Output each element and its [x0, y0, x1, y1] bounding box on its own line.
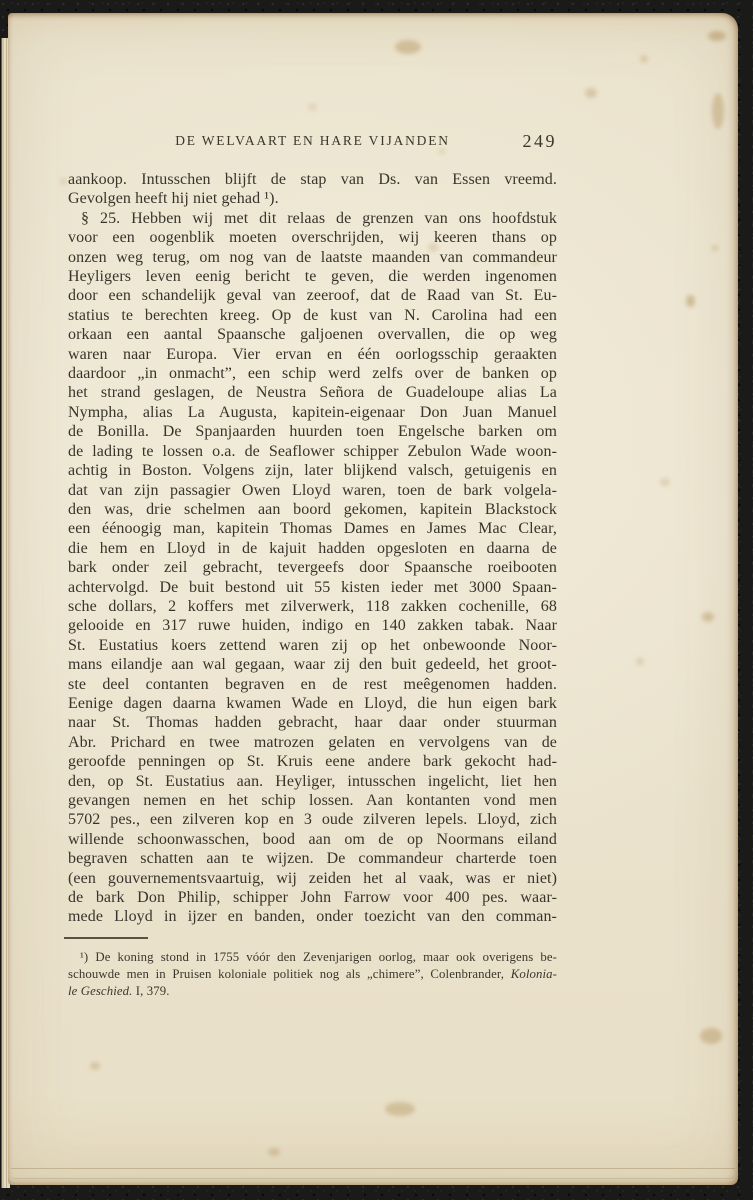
foxing-stain — [700, 1028, 722, 1044]
footnote-text: I, 379. — [132, 984, 169, 998]
foxing-stain — [585, 88, 597, 98]
body-line: de bark Don Philip, schipper John Farrow… — [68, 888, 557, 907]
body-line: achtig in Boston. Volgens zijn, later bl… — [68, 461, 557, 480]
foxing-stain — [395, 40, 421, 54]
body-line: een éénoogig man, kapitein Thomas Dames … — [68, 519, 557, 538]
body-line: het strand geslagen, de Neustra Señora d… — [68, 383, 557, 402]
body-line: geroofde penningen op St. Kruis eene and… — [68, 752, 557, 771]
page-number: 249 — [523, 130, 558, 152]
book-page: DE WELVAART EN HARE VIJANDEN 249 aankoop… — [8, 13, 738, 1185]
footnote-italic-text: le Geschied. — [68, 984, 132, 998]
body-line: St. Eustatius koers zettend waren zij op… — [68, 636, 557, 655]
body-line: willende schoonwasschen, bood aan om de … — [68, 830, 557, 849]
foxing-stain — [268, 1148, 280, 1156]
body-line: gevangen nemen en het schip lossen. Aan … — [68, 791, 557, 810]
foxing-stain — [702, 612, 714, 622]
body-line: sche dollars, 2 koffers met zilverwerk, … — [68, 597, 557, 616]
body-line: orkaan een aantal Spaansche galjoenen ov… — [68, 325, 557, 344]
body-line: ste deel contanten begraven en de rest m… — [68, 675, 557, 694]
body-line: dat van zijn passagier Owen Lloyd waren,… — [68, 481, 557, 500]
body-line: onzen weg terug, om nog van de laatste m… — [68, 248, 557, 267]
body-line: voor een oogenblik moeten overschrijden,… — [68, 228, 557, 247]
footnote-italic-text: Kolonia- — [511, 967, 557, 981]
body-line: bark onder zeil gebracht, tevergeefs doo… — [68, 558, 557, 577]
body-text: aankoop. Intusschen blijft de stap van D… — [68, 170, 557, 927]
body-line: statius te berechten kreeg. Op de kust v… — [68, 306, 557, 325]
body-line: naar St. Thomas hadden gebracht, haar da… — [68, 713, 557, 732]
body-line: den was, drie schelmen aan boord gekomen… — [68, 500, 557, 519]
foxing-stain — [708, 31, 726, 41]
body-line: de lading te lossen o.a. de Seaflower sc… — [68, 442, 557, 461]
footnote-text: schouwde men in Pruisen koloniale politi… — [68, 967, 511, 981]
footnote-separator — [64, 937, 148, 939]
body-line: Heyligers leven eenig bericht te geven, … — [68, 267, 557, 286]
foxing-stain — [385, 1102, 415, 1116]
body-line: mans eilandje aan wal gegaan, waar zij d… — [68, 655, 557, 674]
body-line: die hem en Lloyd in de kajuit hadden opg… — [68, 539, 557, 558]
foxing-stain — [308, 103, 317, 111]
body-line: (een gouvernementsvaartuig, wij zeiden h… — [68, 869, 557, 888]
body-line: Eenige dagen daarna kwamen Wade en Lloyd… — [68, 694, 557, 713]
body-line: de Bonilla. De Spanjaarden huurden toen … — [68, 422, 557, 441]
foxing-stain — [636, 658, 644, 665]
body-line: waren naar Europa. Vier ervan en één oor… — [68, 345, 557, 364]
running-title: DE WELVAART EN HARE VIJANDEN — [68, 130, 557, 152]
foxing-stain — [60, 178, 67, 185]
foxing-stain — [660, 478, 670, 486]
foxing-stain — [640, 55, 648, 63]
body-line: daardoor „in onmacht”, een schip werd ze… — [68, 364, 557, 383]
body-line: begraven schatten aan te wijzen. De comm… — [68, 849, 557, 868]
foxing-stain — [686, 295, 695, 307]
footnote: ¹) De koning stond in 1755 vóór den Zeve… — [68, 949, 557, 1000]
footnote-line: ¹) De koning stond in 1755 vóór den Zeve… — [68, 949, 557, 966]
body-line: Gevolgen heeft hij niet gehad ¹). — [68, 189, 557, 208]
foxing-stain — [712, 245, 718, 251]
body-line: aankoop. Intusschen blijft de stap van D… — [68, 170, 557, 189]
body-line: door een schandelijk geval van zeeroof, … — [68, 286, 557, 305]
footnote-line: schouwde men in Pruisen koloniale politi… — [68, 966, 557, 983]
body-line: § 25. Hebben wij met dit relaas de grenz… — [68, 209, 557, 228]
body-line: 5702 pes., een zilveren kop en 3 oude zi… — [68, 810, 557, 829]
scan-background: DE WELVAART EN HARE VIJANDEN 249 aankoop… — [0, 0, 753, 1200]
body-line: Nympha, alias La Augusta, kapitein-eigen… — [68, 403, 557, 422]
body-line: Abr. Prichard en twee matrozen gelaten e… — [68, 733, 557, 752]
body-line: achtervolgd. De buit bestond uit 55 kist… — [68, 578, 557, 597]
body-line: gelooide en 317 ruwe huiden, indigo en 1… — [68, 616, 557, 635]
footnote-text: ¹) De koning stond in 1755 vóór den Zeve… — [80, 950, 557, 964]
footnote-line: le Geschied. I, 379. — [68, 983, 557, 1000]
page-header: DE WELVAART EN HARE VIJANDEN 249 — [68, 130, 557, 152]
body-line: den, op St. Eustatius aan. Heyliger, int… — [68, 772, 557, 791]
body-line: mede Lloyd in ijzer en banden, onder toe… — [68, 907, 557, 926]
foxing-stain — [90, 1062, 100, 1070]
foxing-stain — [712, 93, 724, 129]
